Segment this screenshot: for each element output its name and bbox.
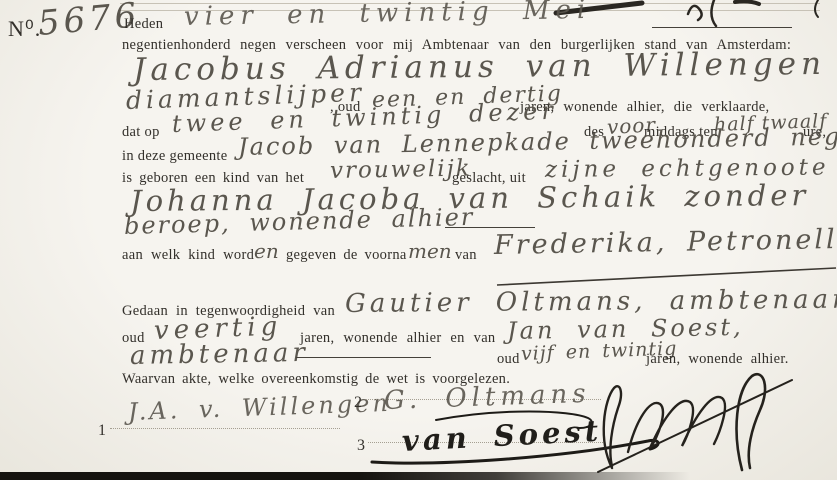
registrar-signature: [0, 0, 837, 480]
scan-bottom-bar: [0, 472, 690, 480]
birth-certificate-scan: N⁰. 5676 Heden vier en twintig Mei negen…: [0, 0, 837, 480]
